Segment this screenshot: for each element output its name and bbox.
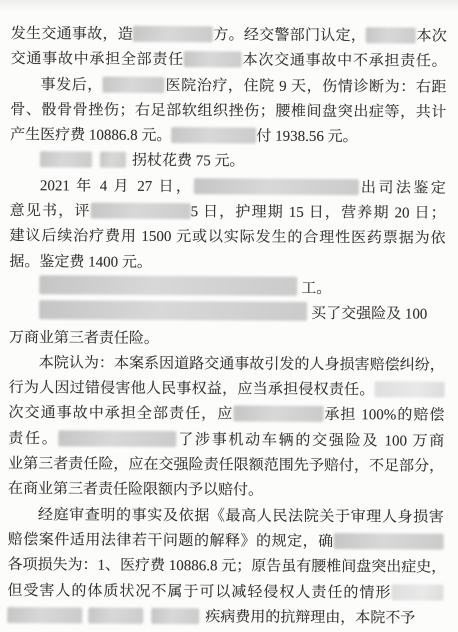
text-line: 骨、骰骨骨挫伤；右足部软组织挫伤；腰椎间盘突出症等，共计 [10, 98, 446, 126]
line-text: 万商业第三者责任险。 [9, 330, 159, 347]
redaction-mark [391, 584, 443, 600]
redaction-mark [375, 381, 445, 397]
line-text: 买了交强险及 100 [311, 306, 427, 323]
text-line: 产生医疗费 10886.8 元。付 1938.56 元。 [10, 123, 446, 151]
redaction-mark [334, 533, 444, 550]
redaction-mark [39, 275, 297, 296]
redaction-mark [233, 406, 323, 423]
redaction-mark [133, 26, 213, 42]
redaction-gap [92, 164, 100, 165]
text-line: 行为人因过错侵害他人民事权益，应当承担侵权责任。 [9, 376, 445, 404]
line-text: 本次 [416, 29, 447, 45]
line-text: 工。 [301, 281, 331, 297]
redaction-mark [39, 301, 307, 322]
line-text: 了涉事机动车辆的交强险及 100 万商 [176, 432, 444, 450]
text-line: 建议后续治疗费用 1500 元或以实际发生的合理性医药票据为依 [9, 224, 445, 252]
redaction-mark [58, 430, 176, 447]
redaction-mark [88, 607, 143, 623]
text-line: 业第三者责任险，应在交强险责任限额范围先予赔付，不足部分， [8, 452, 444, 480]
line-text: 付 1938.56 元。 [256, 129, 357, 146]
line-text: 事发后， [40, 77, 103, 93]
redaction-mark [193, 178, 358, 195]
line-text: 业第三者责任险，应在交强险责任限额范围先予赔付，不足部分， [8, 456, 444, 475]
line-text: 经庭审查明的事实及依据《最高人民法院关于审理人身损害 [38, 507, 444, 525]
text-line: 各项损失为：1、医疗费 10886.8 元；原告虽有腰椎间盘突出症史， [7, 553, 443, 581]
line-text: 赔偿案件适用法律若干问题的解释》的规定，确 [8, 532, 334, 550]
text-line: 责任。了涉事机动车辆的交强险及 100 万商 [8, 427, 444, 455]
line-text: 骨、骰骨骨挫伤；右足部软组织挫伤；腰椎间盘突出症等，共计 [10, 102, 446, 121]
line-text: 本院认为：本案系因道路交通事故引发的人身损害赔偿纠纷， [39, 355, 445, 373]
redaction-mark [184, 51, 242, 67]
redaction-gap [143, 620, 151, 621]
text-line: 买了交强险及 100 [9, 300, 445, 328]
line-text: 拐杖花费 75 元。 [132, 153, 245, 170]
line-text: 行为人因过错侵害他人民事权益，应当承担侵权责任。 [9, 380, 375, 398]
redaction-mark [171, 127, 256, 144]
text-line: 事发后，医院治疗，住院 9 天，伤情诊断为：右距 [10, 73, 446, 101]
line-text: 发生交通事故，造 [11, 26, 133, 43]
text-line: 赔偿案件适用法律若干问题的解释》的规定，确 [8, 528, 444, 556]
line-text: 产生医疗费 10886.8 元。 [10, 127, 171, 144]
redaction-mark [40, 152, 92, 168]
text-line: 2021 年 4 月 27 日，出司法鉴定 [10, 174, 446, 202]
redaction-mark [103, 76, 165, 92]
line-text: 交通事故中承担全部责任 [11, 51, 184, 68]
line-text: 责任。 [8, 431, 58, 447]
redaction-mark [7, 607, 82, 623]
line-text: 建议后续治疗费用 1500 元或以实际发生的合理性医药票据为依 [10, 228, 446, 247]
line-text: 在商业第三者责任险限额内予以赔付。 [8, 481, 263, 499]
line-text: 但受害人的体质状况不属于可以减轻侵权人责任的情形 [7, 583, 391, 601]
line-text: 本次交通事故中不承担责任。 [242, 53, 447, 70]
text-line: 意见书，评5 日，护理期 15 日，营养期 20 日； [10, 199, 446, 227]
line-text: 5 日，护理期 15 日，营养期 20 日； [191, 204, 446, 222]
redaction-mark [151, 608, 199, 624]
line-text: 方。经交警部门认定， [213, 27, 366, 44]
line-text: 据。鉴定费 1400 元。 [9, 254, 152, 271]
text-line: 据。鉴定费 1400 元。 [9, 250, 445, 278]
redaction-mark [91, 203, 191, 220]
line-text: 出司法鉴定 [358, 180, 446, 197]
line-text: 2021 年 4 月 27 日， [40, 178, 194, 195]
scanned-court-document-page: 发生交通事故，造方。经交警部门认定，本次交通事故中承担全部责任本次交通事故中不承… [0, 0, 458, 632]
text-line: 但受害人的体质状况不属于可以减轻侵权人责任的情形 [7, 579, 443, 607]
text-line: 工。 [9, 275, 445, 303]
document-body: 发生交通事故，造方。经交警部门认定，本次交通事故中承担全部责任本次交通事故中不承… [0, 0, 458, 632]
line-text: 疾病费用的抗辩理由，本院不予 [205, 609, 415, 626]
line-text: 各项损失为：1、医疗费 10886.8 元；原告虽有腰椎间盘突出症史， [7, 557, 446, 576]
redaction-mark [100, 152, 126, 168]
line-text: 承担 100%的赔偿 [323, 407, 444, 424]
text-line: 本院认为：本案系因道路交通事故引发的人身损害赔偿纠纷， [9, 351, 445, 379]
text-line: 在商业第三者责任险限额内予以赔付。 [8, 477, 444, 505]
line-text: 医院治疗，住院 9 天，伤情诊断为：右距 [165, 78, 447, 96]
line-text: 意见书，评 [10, 203, 91, 219]
text-line: 万商业第三者责任险。 [9, 326, 445, 354]
text-line: 交通事故中承担全部责任本次交通事故中不承担责任。 [11, 47, 447, 75]
text-line: 经庭审查明的事实及依据《最高人民法院关于审理人身损害 [8, 503, 444, 531]
text-line: 次交通事故中承担全部责任，应承担 100%的赔偿 [8, 402, 444, 430]
line-text: 次交通事故中承担全部责任，应 [8, 406, 233, 423]
text-line: 疾病费用的抗辩理由，本院不予 [7, 604, 443, 632]
text-line: 拐杖花费 75 元。 [10, 149, 446, 177]
text-line: 发生交通事故，造方。经交警部门认定，本次 [11, 22, 447, 50]
redaction-mark [366, 27, 416, 43]
